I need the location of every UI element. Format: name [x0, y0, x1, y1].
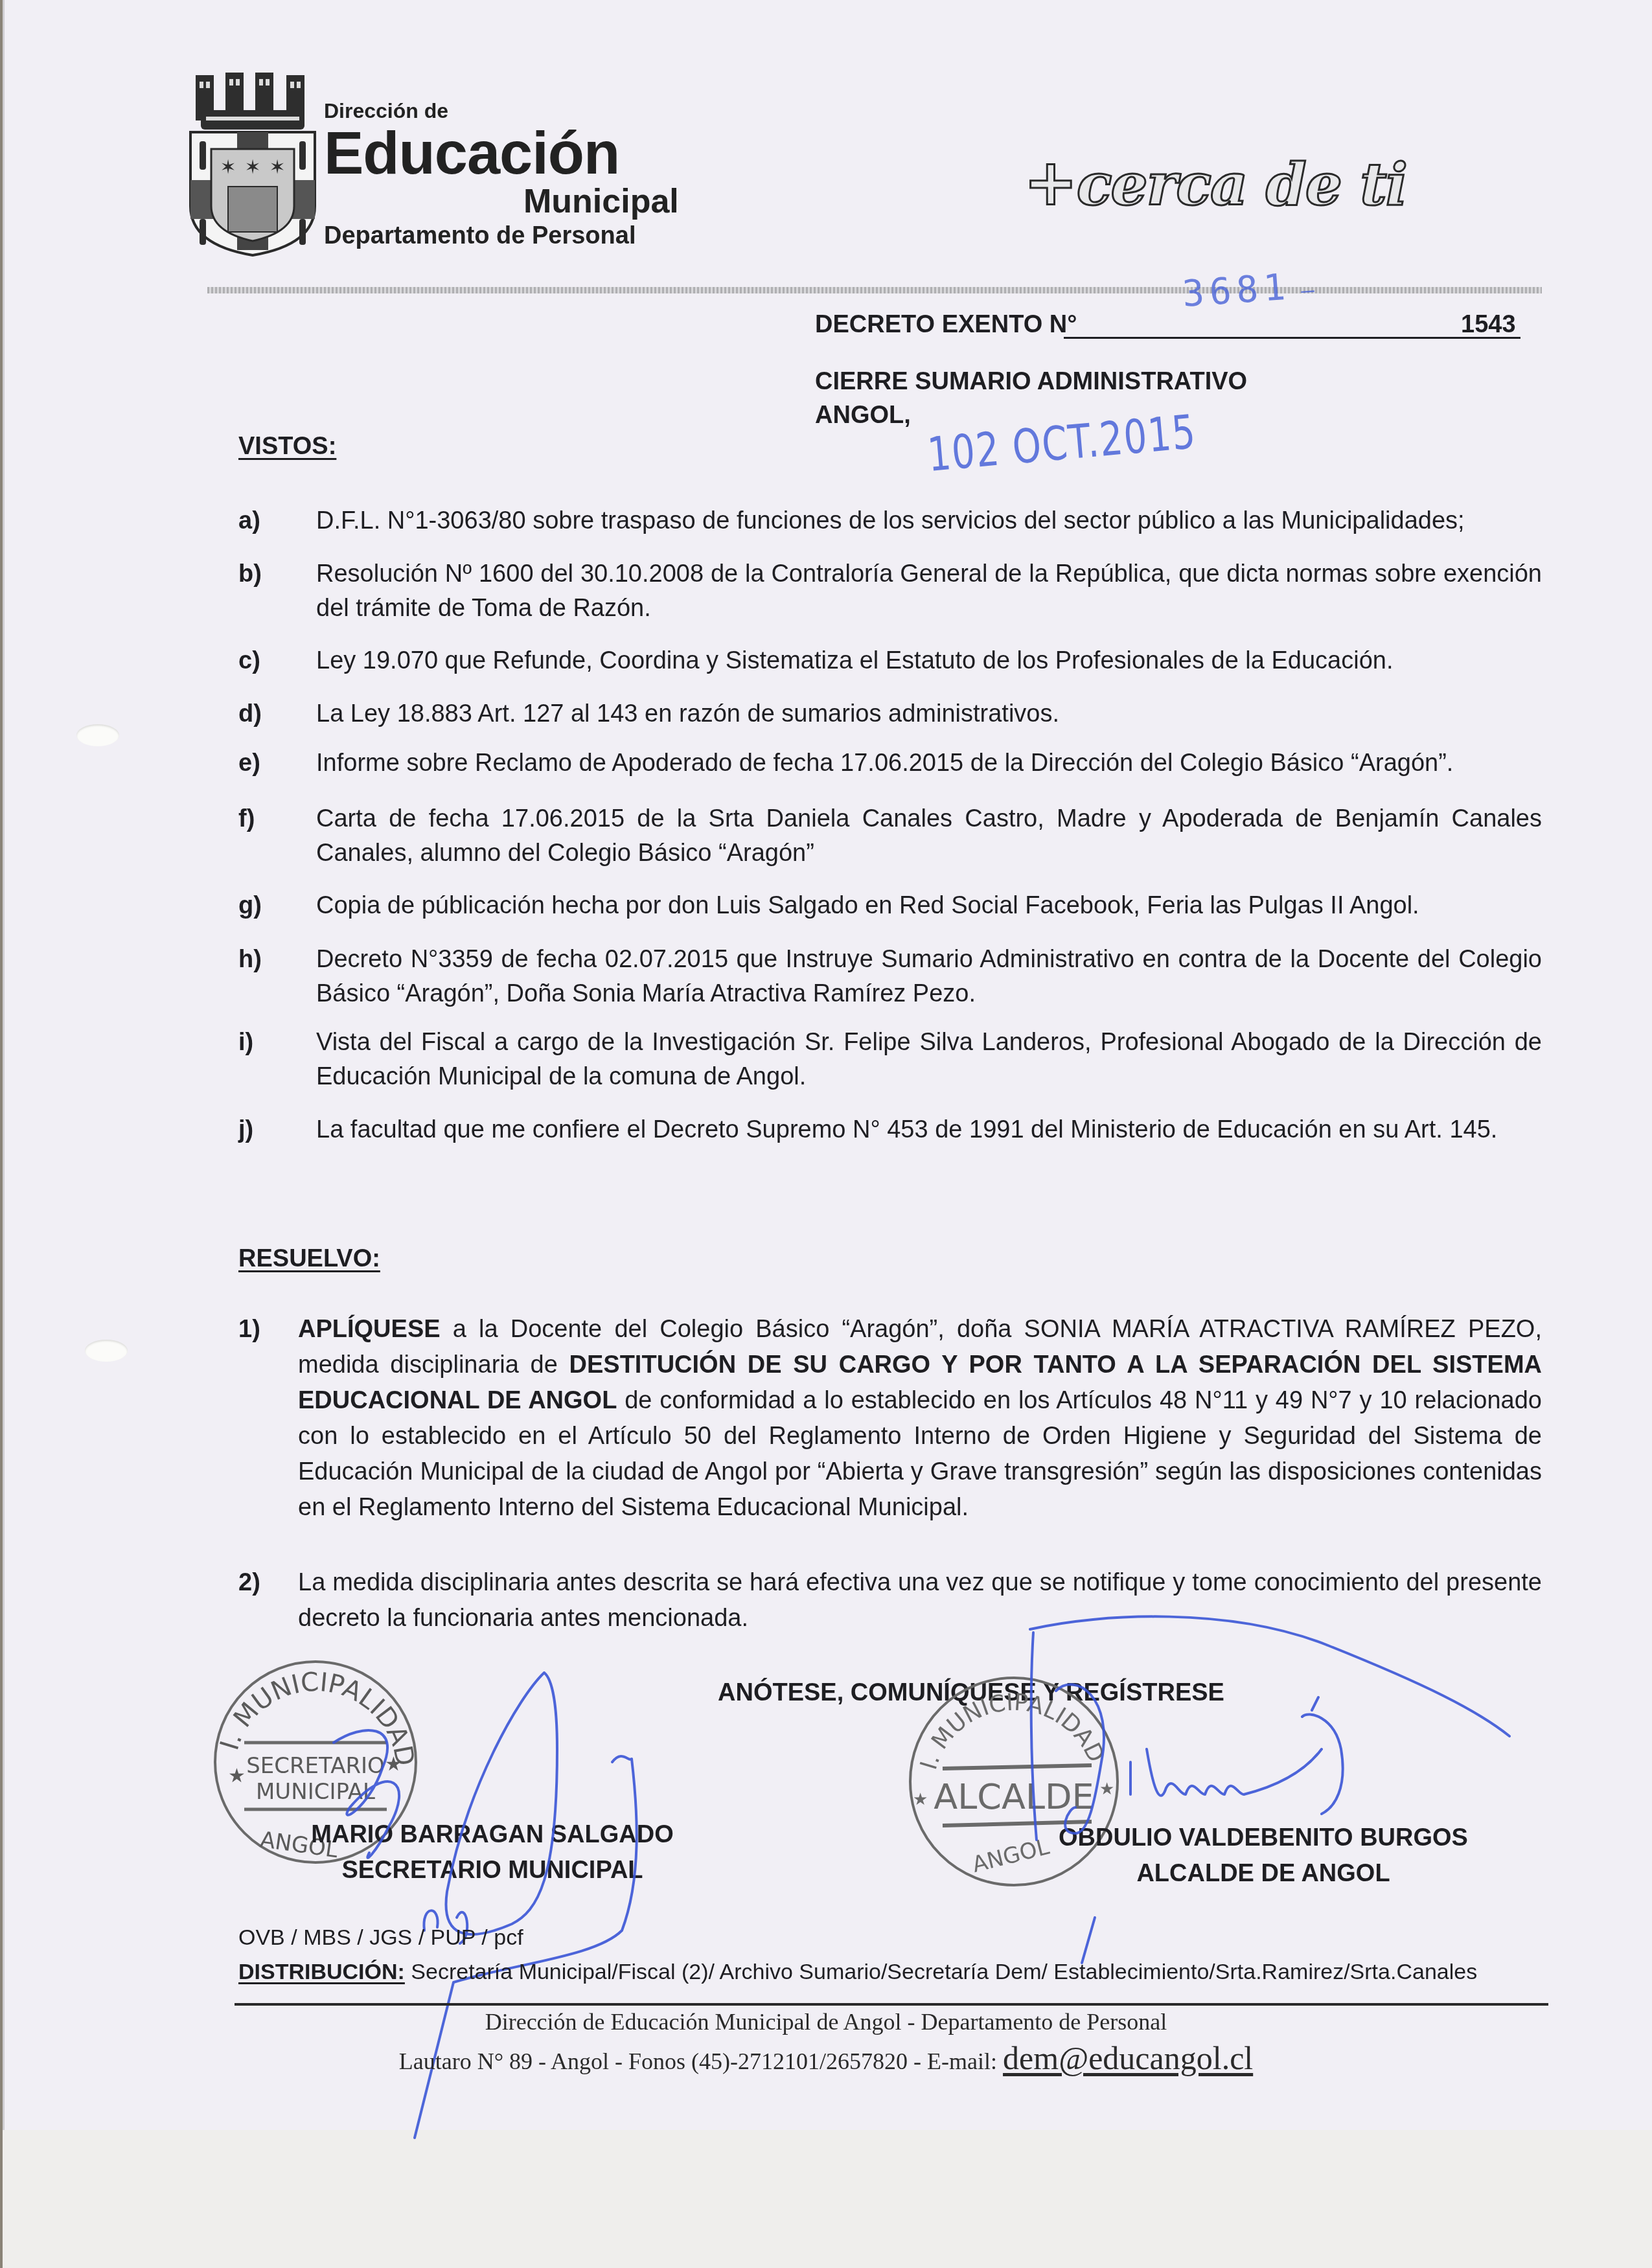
signatory-secretary: MARIO BARRAGAN SALGADO SECRETARIO MUNICI…	[298, 1817, 687, 1888]
svg-text:★: ★	[1099, 1779, 1114, 1798]
footer-contact-line: Lautaro N° 89 - Angol - Fonos (45)-27121…	[0, 2039, 1652, 2077]
vistos-item-label: a)	[238, 504, 260, 538]
resolution-label: 1)	[238, 1312, 260, 1347]
registry-suffix: —	[1300, 277, 1315, 304]
signatory-name: MARIO BARRAGAN SALGADO	[298, 1817, 687, 1853]
vistos-item-text: La Ley 18.883 Art. 127 al 143 en razón d…	[316, 697, 1542, 731]
svg-text:✶: ✶	[244, 156, 260, 179]
vistos-item-label: e)	[238, 746, 260, 781]
org-name-line1: Dirección de	[324, 100, 679, 121]
vistos-item-label: c)	[238, 644, 260, 678]
initials: OVB / MBS / JGS / PUP / pcf	[238, 1925, 523, 1951]
footer-email-link[interactable]: dem@educangol.cl	[1003, 2040, 1253, 2076]
punch-hole	[85, 1340, 128, 1362]
vistos-item: d)La Ley 18.883 Art. 127 al 143 en razón…	[238, 697, 1542, 731]
vistos-item-label: h)	[238, 943, 262, 977]
seal-center-text: MUNICIPAL	[256, 1779, 375, 1805]
vistos-item: e)Informe sobre Reclamo de Apoderado de …	[238, 746, 1542, 781]
resolution-item-2: 2) La medida disciplinaria antes descrit…	[238, 1565, 1542, 1636]
vistos-heading: VISTOS:	[238, 433, 336, 461]
vistos-item: j)La facultad que me confiere el Decreto…	[238, 1113, 1542, 1147]
vistos-item-label: j)	[238, 1113, 253, 1147]
vistos-item: h)Decreto N°3359 de fecha 02.07.2015 que…	[238, 943, 1542, 1011]
slogan-plus: +	[1024, 144, 1077, 220]
decree-number-line	[1064, 337, 1520, 339]
slogan-text: cerca de ti	[1077, 150, 1406, 219]
vistos-item-text: Ley 19.070 que Refunde, Coordina y Siste…	[316, 644, 1542, 678]
vistos-item-text: Carta de fecha 17.06.2015 de la Srta Dan…	[316, 802, 1542, 871]
svg-text:★: ★	[385, 1754, 402, 1775]
distribution-line: DISTRIBUCIÓN: Secretaría Municipal/Fisca…	[238, 1960, 1477, 1985]
department-name: Departamento de Personal	[324, 223, 679, 248]
org-name-line2: Educación	[324, 124, 679, 183]
svg-text:✶: ✶	[269, 156, 285, 179]
vistos-item-label: b)	[238, 557, 262, 591]
vistos-item-text: D.F.L. N°1-3063/80 sobre traspaso de fun…	[316, 504, 1542, 538]
vistos-item-text: Decreto N°3359 de fecha 02.07.2015 que I…	[316, 943, 1542, 1011]
decree-title: DECRETO EXENTO N°	[815, 311, 1077, 339]
signatory-title: ALCALDE DE ANGOL	[1050, 1856, 1477, 1892]
svg-text:★: ★	[228, 1765, 246, 1787]
registry-number: 3681	[1181, 266, 1292, 315]
resolution-text: APLÍQUESE a la Docente del Colegio Básic…	[298, 1312, 1542, 1526]
vistos-item-label: d)	[238, 697, 262, 731]
vistos-item: c)Ley 19.070 que Refunde, Coordina y Sis…	[238, 644, 1542, 678]
vistos-item: g)Copia de públicación hecha por don Lui…	[238, 889, 1542, 923]
signatory-title: SECRETARIO MUNICIPAL	[298, 1853, 687, 1888]
footer-divider	[235, 2003, 1548, 2006]
org-name-line3: Municipal	[523, 185, 679, 218]
footer-address: Lautaro N° 89 - Angol - Fonos (45)-27121…	[399, 2048, 1003, 2074]
vistos-item-text: Resolución Nº 1600 del 30.10.2008 de la …	[316, 557, 1542, 626]
vistos-item-text: Informe sobre Reclamo de Apoderado de fe…	[316, 746, 1542, 781]
distribution-text: Secretaría Municipal/Fiscal (2)/ Archivo…	[405, 1960, 1477, 1984]
resolution-lead: APLÍQUESE	[298, 1316, 441, 1343]
distribution-label: DISTRIBUCIÓN:	[238, 1960, 405, 1984]
vistos-item-text: Vista del Fiscal a cargo de la Investiga…	[316, 1025, 1542, 1094]
signatory-name: OBDULIO VALDEBENITO BURGOS	[1050, 1820, 1477, 1856]
vistos-item-label: i)	[238, 1025, 253, 1060]
vistos-item: a)D.F.L. N°1-3063/80 sobre traspaso de f…	[238, 504, 1542, 538]
resolution-label: 2)	[238, 1565, 260, 1601]
vistos-item: b)Resolución Nº 1600 del 30.10.2008 de l…	[238, 557, 1542, 626]
svg-text:★: ★	[913, 1789, 928, 1809]
resolution-item-1: 1) APLÍQUESE a la Docente del Colegio Bá…	[238, 1312, 1542, 1526]
vistos-item-text: La facultad que me confiere el Decreto S…	[316, 1113, 1542, 1147]
decree-subject: CIERRE SUMARIO ADMINISTRATIVO	[815, 365, 1247, 398]
vistos-item: i)Vista del Fiscal a cargo de la Investi…	[238, 1025, 1542, 1094]
org-name-block: Dirección de Educación Municipal Departa…	[324, 100, 679, 248]
resolution-text: La medida disciplinaria antes descrita s…	[298, 1565, 1542, 1636]
slogan: +cerca de ti	[1024, 144, 1406, 220]
svg-text:✶: ✶	[220, 156, 236, 179]
seal-center-text: ALCALDE	[934, 1776, 1094, 1817]
seal-bottom-text: ANGOL	[970, 1834, 1052, 1878]
seal-center-text: SECRETARIO	[246, 1753, 385, 1779]
vistos-item: f)Carta de fecha 17.06.2015 de la Srta D…	[238, 802, 1542, 871]
municipal-coat-of-arms-icon: ✶✶✶	[188, 70, 317, 257]
vistos-item-label: g)	[238, 889, 262, 923]
vistos-item-text: Copia de públicación hecha por don Luis …	[316, 889, 1542, 923]
signatory-mayor: OBDULIO VALDEBENITO BURGOS ALCALDE DE AN…	[1050, 1820, 1477, 1892]
resuelvo-heading: RESUELVO:	[238, 1245, 380, 1273]
vistos-item-label: f)	[238, 802, 255, 836]
punch-hole	[76, 724, 119, 746]
header-divider	[207, 287, 1542, 293]
footer-org-line: Dirección de Educación Municipal de Ango…	[0, 2008, 1652, 2035]
decree-number: 1543	[1461, 311, 1516, 339]
